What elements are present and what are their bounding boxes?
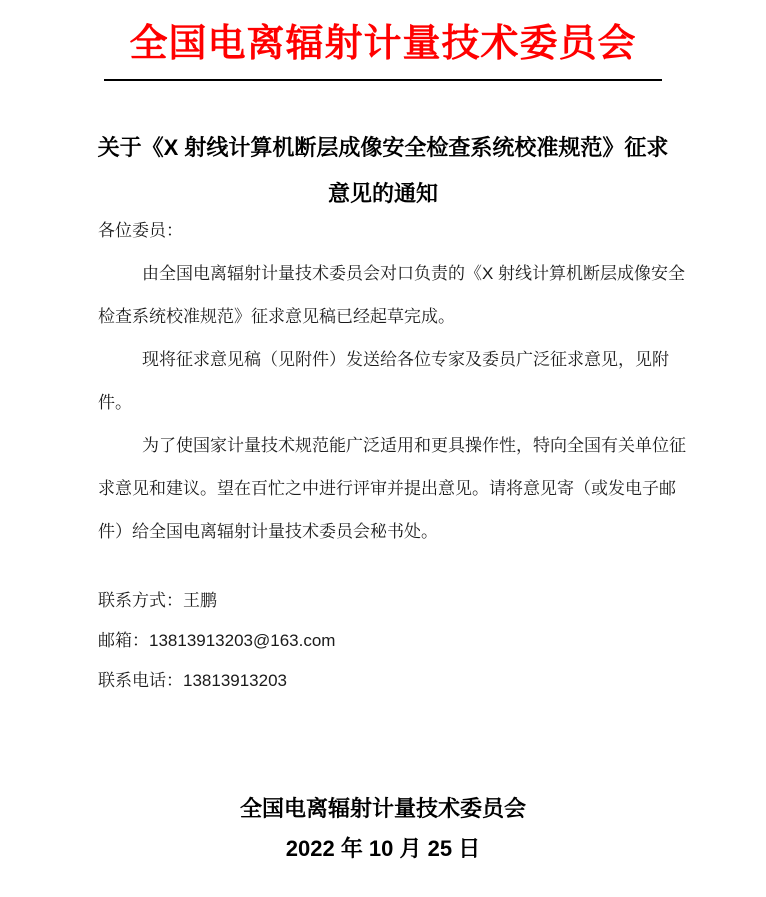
paragraph-3-line-3: 件）给全国电离辐射计量技术委员会秘书处。 <box>98 510 668 553</box>
notice-document-page: 全国电离辐射计量技术委员会 关于《X 射线计算机断层成像安全检查系统校准规范》征… <box>0 0 766 897</box>
paragraph-3-line-2: 求意见和建议。望在百忙之中进行评审并提出意见。请将意见寄（或发电子邮 <box>98 467 668 510</box>
masthead-divider <box>104 79 662 81</box>
notice-title: 关于《X 射线计算机断层成像安全检查系统校准规范》征求 意见的通知 <box>0 125 766 217</box>
contact-info: 联系方式：王鹏 邮箱：13813913203@163.com 联系电话：1381… <box>98 581 668 701</box>
notice-title-line-1: 关于《X 射线计算机断层成像安全检查系统校准规范》征求 <box>0 125 766 171</box>
signature-date: 2022 年 10 月 25 日 <box>0 829 766 869</box>
paragraph-2-line-2: 件。 <box>98 381 668 424</box>
contact-email-line: 邮箱：13813913203@163.com <box>98 621 668 661</box>
committee-masthead-title: 全国电离辐射计量技术委员会 <box>0 0 766 68</box>
notice-body: 各位委员： 由全国电离辐射计量技术委员会对口负责的《X 射线计算机断层成像安全 … <box>98 209 668 553</box>
paragraph-2-line-1: 现将征求意见稿（见附件）发送给各位专家及委员广泛征求意见，见附 <box>98 338 668 381</box>
contact-phone-line: 联系电话：13813913203 <box>98 661 668 701</box>
paragraph-1-line-1: 由全国电离辐射计量技术委员会对口负责的《X 射线计算机断层成像安全 <box>98 252 668 295</box>
paragraph-1-line-2: 检查系统校准规范》征求意见稿已经起草完成。 <box>98 295 668 338</box>
paragraph-3-line-1: 为了使国家计量技术规范能广泛适用和更具操作性，特向全国有关单位征 <box>98 424 668 467</box>
signature-org: 全国电离辐射计量技术委员会 <box>0 789 766 829</box>
signature: 全国电离辐射计量技术委员会 2022 年 10 月 25 日 <box>0 789 766 869</box>
contact-name-line: 联系方式：王鹏 <box>98 581 668 621</box>
